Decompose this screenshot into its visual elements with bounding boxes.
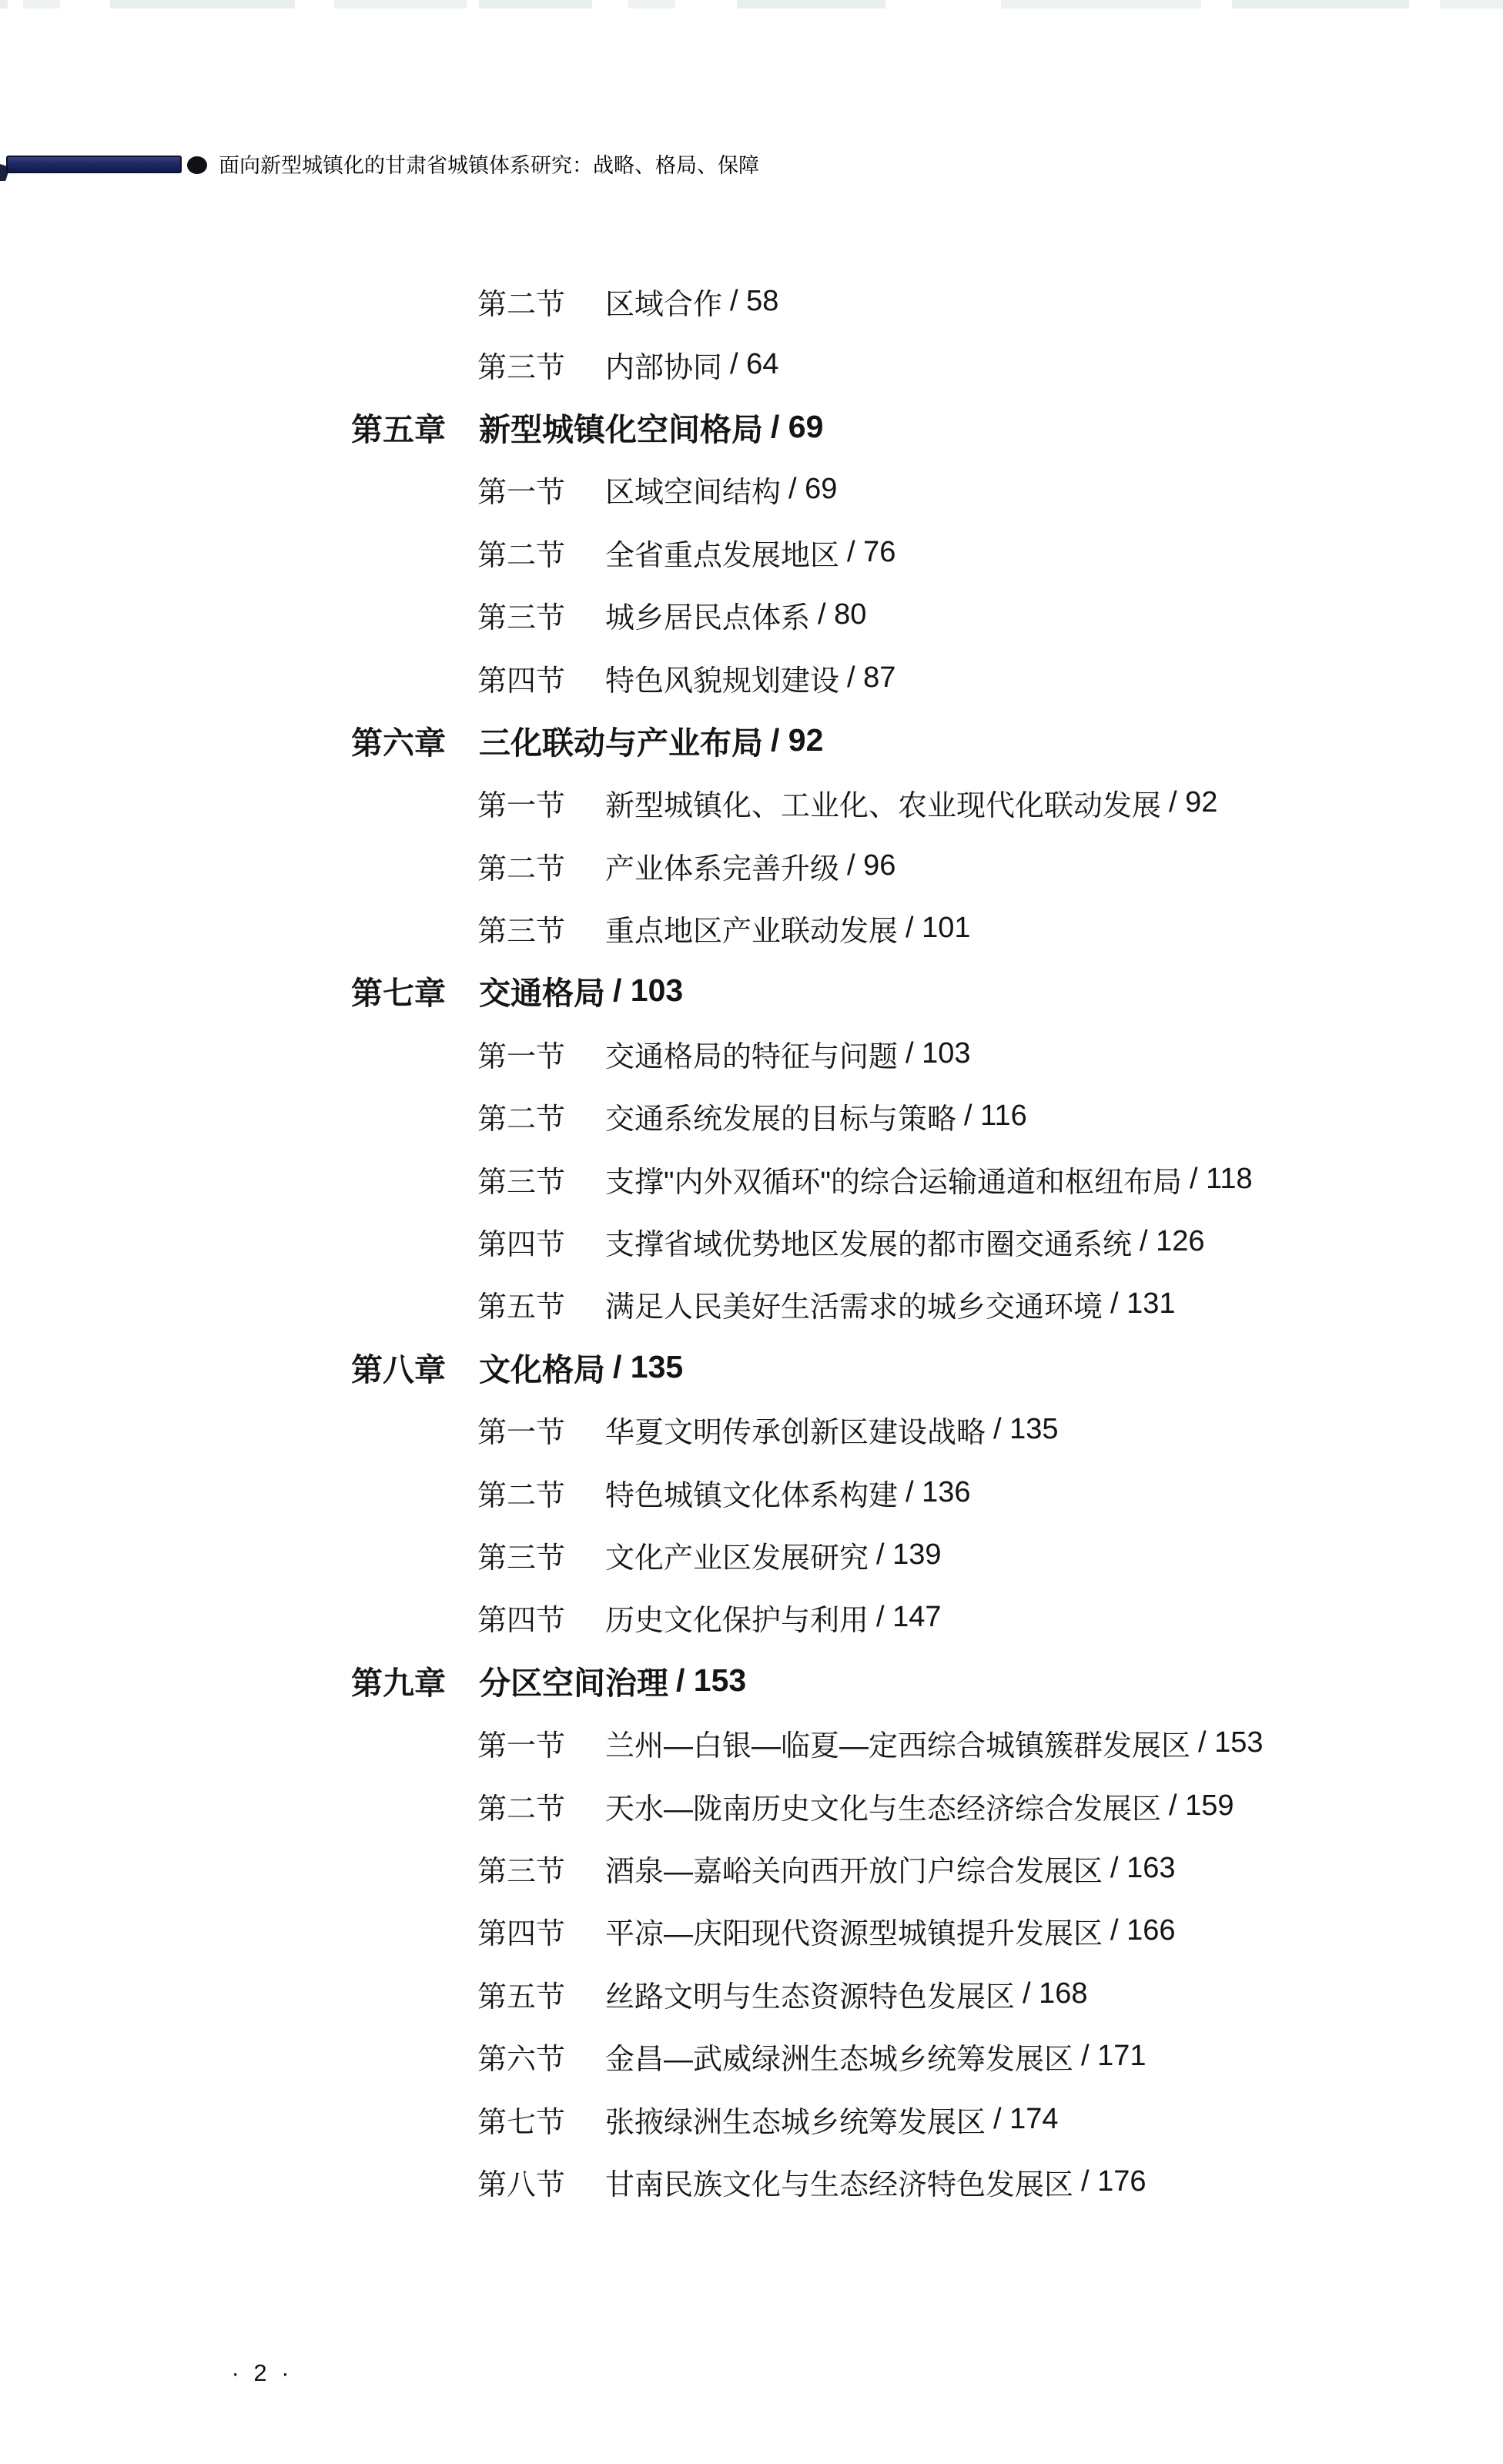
toc-entry-page: / 87 (847, 661, 895, 695)
toc-entry-section: 第四节 特色风貌规划建设 / 87 (0, 646, 1503, 708)
toc-entry-label: 第一节 (477, 782, 605, 824)
toc-entry-section: 第六节 金昌—武威绿洲生态城乡统筹发展区 / 171 (0, 2025, 1503, 2087)
toc-entry-section: 第一节 交通格局的特征与问题 / 103 (0, 1023, 1503, 1085)
toc-entry-page: / 131 (1110, 1287, 1176, 1321)
toc-entry-title: 交通格局 (479, 968, 605, 1013)
toc-entry-title: 满足人民美好生活需求的城乡交通环境 (605, 1283, 1103, 1325)
toc-entry-label: 第六章 (351, 718, 479, 763)
toc-entry-page: / 103 (613, 973, 683, 1009)
toc-entry-label: 第三节 (477, 907, 605, 949)
toc-entry-label: 第三节 (477, 1847, 605, 1890)
bullet-dot-icon (187, 156, 207, 174)
toc-entry-label: 第六节 (477, 2035, 605, 2077)
toc-entry-title: 平凉—庆阳现代资源型城镇提升发展区 (605, 1910, 1103, 1952)
toc-entry-section: 第四节 支撑省域优势地区发展的都市圈交通系统 / 126 (0, 1210, 1503, 1273)
toc-entry-section: 第二节 交通系统发展的目标与策略 / 116 (0, 1085, 1503, 1147)
scan-artifact-strip (0, 0, 1503, 8)
toc-entry-title: 金昌—武威绿洲生态城乡统筹发展区 (605, 2035, 1073, 2077)
toc-entry-page: / 69 (771, 409, 823, 445)
toc-entry-title: 三化联动与产业布局 (479, 718, 763, 763)
toc-entry-label: 第四节 (477, 1220, 605, 1263)
toc-entry-page: / 92 (771, 722, 823, 758)
toc-entry-label: 第七章 (351, 968, 479, 1013)
toc-entry-chapter: 第六章 三化联动与产业布局 / 92 (0, 709, 1503, 772)
toc-entry-label: 第四节 (477, 657, 605, 699)
toc-entry-title: 文化产业区发展研究 (605, 1534, 869, 1576)
toc-entry-section: 第三节 内部协同 / 64 (0, 333, 1503, 395)
toc-entry-title: 支撑省域优势地区发展的都市圈交通系统 (605, 1220, 1132, 1263)
toc-entry-title: 特色城镇文化体系构建 (605, 1471, 898, 1514)
toc-entry-section: 第五节 丝路文明与生态资源特色发展区 / 168 (0, 1963, 1503, 2025)
toc-entry-title: 丝路文明与生态资源特色发展区 (605, 1973, 1015, 2015)
toc-entry-label: 第八节 (477, 2161, 605, 2203)
page-number: · 2 · (231, 2359, 293, 2386)
toc-entry-title: 产业体系完善升级 (605, 845, 839, 887)
toc-entry-page: / 166 (1110, 1914, 1176, 1947)
toc-entry-section: 第一节 华夏文明传承创新区建设战略 / 135 (0, 1398, 1503, 1461)
toc-entry-page: / 136 (905, 1476, 971, 1509)
toc-entry-section: 第一节 区域空间结构 / 69 (0, 458, 1503, 521)
toc-list: 第二节 区域合作 / 58 第三节 内部协同 / 64 第五章 新型城镇化空间格… (0, 270, 1503, 2213)
toc-entry-page: / 69 (788, 473, 837, 506)
toc-entry-section: 第一节 新型城镇化、工业化、农业现代化联动发展 / 92 (0, 772, 1503, 834)
toc-entry-label: 第九章 (351, 1658, 479, 1703)
toc-entry-label: 第三节 (477, 1534, 605, 1576)
toc-entry-section: 第二节 产业体系完善升级 / 96 (0, 835, 1503, 897)
toc-entry-page: / 96 (847, 849, 895, 882)
toc-entry-title: 城乡居民点体系 (605, 594, 810, 636)
toc-entry-page: / 135 (993, 1413, 1059, 1446)
toc-entry-section: 第四节 历史文化保护与利用 / 147 (0, 1586, 1503, 1649)
toc-entry-label: 第四节 (477, 1596, 605, 1639)
toc-entry-title: 华夏文明传承创新区建设战略 (605, 1408, 986, 1451)
toc-entry-section: 第二节 全省重点发展地区 / 76 (0, 521, 1503, 584)
toc-entry-title: 交通格局的特征与问题 (605, 1033, 898, 1075)
toc-entry-chapter: 第七章 交通格局 / 103 (0, 959, 1503, 1022)
toc-entry-title: 甘南民族文化与生态经济特色发展区 (605, 2161, 1073, 2203)
toc-entry-page: / 64 (730, 348, 778, 381)
toc-entry-section: 第三节 城乡居民点体系 / 80 (0, 584, 1503, 646)
toc-entry-section: 第三节 支撑"内外双循环"的综合运输通道和枢纽布局 / 118 (0, 1147, 1503, 1210)
toc-entry-label: 第四节 (477, 1910, 605, 1952)
toc-entry-page: / 153 (1198, 1726, 1264, 1759)
toc-entry-label: 第八章 (351, 1344, 479, 1390)
toc-entry-chapter: 第八章 文化格局 / 135 (0, 1336, 1503, 1398)
toc-entry-label: 第一节 (477, 1033, 605, 1075)
toc-entry-label: 第二节 (477, 280, 605, 323)
toc-entry-page: / 116 (964, 1100, 1027, 1133)
toc-entry-label: 第二节 (477, 531, 605, 574)
toc-entry-title: 支撑"内外双循环"的综合运输通道和枢纽布局 (605, 1158, 1182, 1200)
toc-entry-section: 第一节 兰州—白银—临夏—定西综合城镇簇群发展区 / 153 (0, 1712, 1503, 1774)
toc-entry-section: 第八节 甘南民族文化与生态经济特色发展区 / 176 (0, 2151, 1503, 2213)
toc-entry-page: / 80 (818, 598, 866, 631)
book-title: 面向新型城镇化的甘肃省城镇体系研究：战略、格局、保障 (219, 153, 759, 178)
toc-entry-page: / 118 (1190, 1163, 1253, 1196)
toc-entry-page: / 76 (847, 536, 895, 569)
toc-entry-label: 第三节 (477, 1158, 605, 1200)
toc-entry-title: 新型城镇化空间格局 (479, 404, 763, 450)
toc-entry-label: 第一节 (477, 468, 605, 511)
toc-entry-label: 第二节 (477, 1471, 605, 1514)
toc-entry-title: 区域合作 (605, 280, 722, 323)
toc-entry-page: / 176 (1081, 2165, 1146, 2198)
toc-entry-title: 张掖绿洲生态城乡统筹发展区 (605, 2098, 986, 2141)
toc-entry-chapter: 第九章 分区空间治理 / 153 (0, 1649, 1503, 1712)
toc-entry-chapter: 第五章 新型城镇化空间格局 / 69 (0, 396, 1503, 458)
toc-entry-title: 文化格局 (479, 1344, 605, 1390)
toc-entry-title: 兰州—白银—临夏—定西综合城镇簇群发展区 (605, 1722, 1190, 1764)
toc-entry-page: / 103 (905, 1037, 971, 1070)
toc-entry-page: / 58 (730, 285, 778, 318)
toc-entry-page: / 163 (1110, 1852, 1176, 1885)
toc-entry-page: / 171 (1081, 2040, 1146, 2073)
toc-entry-title: 新型城镇化、工业化、农业现代化联动发展 (605, 782, 1161, 824)
toc-entry-section: 第二节 天水—陇南历史文化与生态经济综合发展区 / 159 (0, 1774, 1503, 1836)
toc-entry-label: 第二节 (477, 845, 605, 887)
toc-entry-label: 第三节 (477, 343, 605, 386)
toc-entry-page: / 147 (876, 1601, 942, 1634)
toc-entry-section: 第四节 平凉—庆阳现代资源型城镇提升发展区 / 166 (0, 1900, 1503, 1962)
toc-entry-page: / 101 (905, 912, 971, 945)
toc-entry-label: 第二节 (477, 1785, 605, 1827)
toc-entry-section: 第三节 酒泉—嘉峪关向西开放门户综合发展区 / 163 (0, 1837, 1503, 1900)
toc-entry-title: 天水—陇南历史文化与生态经济综合发展区 (605, 1785, 1161, 1827)
toc-entry-page: / 126 (1140, 1225, 1205, 1258)
toc-entry-section: 第二节 区域合作 / 58 (0, 270, 1503, 333)
toc-entry-page: / 159 (1169, 1789, 1234, 1823)
toc-entry-title: 全省重点发展地区 (605, 531, 839, 574)
toc-entry-title: 特色风貌规划建设 (605, 657, 839, 699)
toc-entry-page: / 139 (876, 1538, 942, 1572)
toc-entry-section: 第二节 特色城镇文化体系构建 / 136 (0, 1461, 1503, 1523)
toc-entry-page: / 92 (1169, 786, 1217, 819)
toc-entry-page: / 168 (1023, 1977, 1088, 2010)
toc-entry-title: 历史文化保护与利用 (605, 1596, 869, 1639)
toc-entry-title: 重点地区产业联动发展 (605, 907, 898, 949)
toc-entry-label: 第二节 (477, 1095, 605, 1137)
toc-entry-section: 第三节 文化产业区发展研究 / 139 (0, 1524, 1503, 1586)
toc-entry-label: 第五节 (477, 1973, 605, 2015)
header-ribbon-bar (6, 156, 182, 173)
toc-entry-title: 酒泉—嘉峪关向西开放门户综合发展区 (605, 1847, 1103, 1890)
toc-entry-section: 第三节 重点地区产业联动发展 / 101 (0, 897, 1503, 959)
toc-entry-page: / 135 (613, 1349, 683, 1385)
toc-entry-section: 第五节 满足人民美好生活需求的城乡交通环境 / 131 (0, 1273, 1503, 1335)
toc-entry-label: 第一节 (477, 1408, 605, 1451)
toc-entry-title: 内部协同 (605, 343, 722, 386)
toc-entry-label: 第三节 (477, 594, 605, 636)
page-footer: · 2 · (189, 2332, 293, 2415)
toc-entry-label: 第五节 (477, 1283, 605, 1325)
toc-entry-page: / 153 (676, 1662, 746, 1699)
toc-entry-label: 第七节 (477, 2098, 605, 2141)
toc-entry-title: 分区空间治理 (479, 1658, 668, 1703)
toc-entry-title: 交通系统发展的目标与策略 (605, 1095, 956, 1137)
toc-entry-label: 第五章 (351, 404, 479, 450)
toc-entry-title: 区域空间结构 (605, 468, 781, 511)
toc-entry-page: / 174 (993, 2103, 1059, 2136)
toc-entry-label: 第一节 (477, 1722, 605, 1764)
toc-entry-section: 第七节 张掖绿洲生态城乡统筹发展区 / 174 (0, 2087, 1503, 2150)
